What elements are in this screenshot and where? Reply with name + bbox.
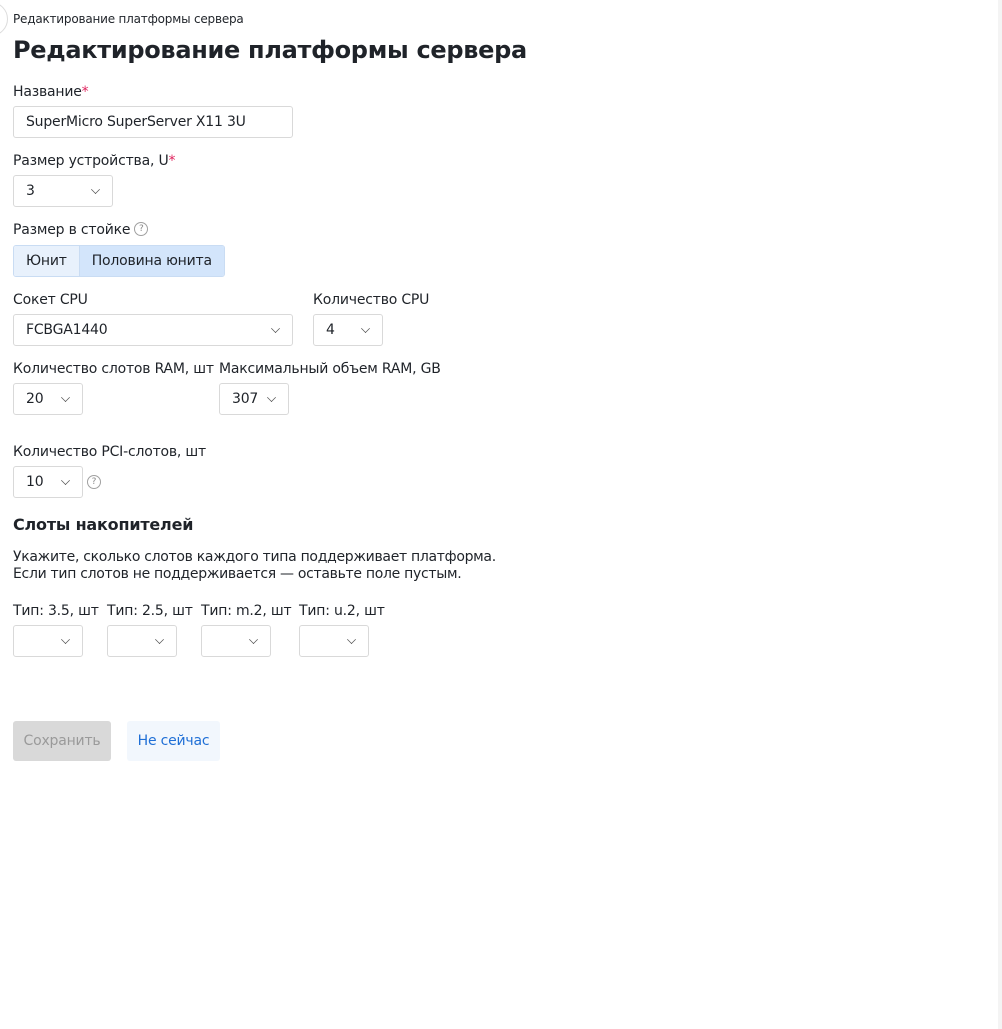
help-icon[interactable]: ? — [87, 475, 101, 489]
storage-section-title: Слоты накопителей — [13, 515, 193, 534]
chevron-down-icon — [91, 185, 100, 194]
name-label-text: Название — [13, 84, 82, 100]
ram-slots-select[interactable]: 20 — [13, 383, 83, 415]
rack-size-segmented-control: Юнит Половина юнита — [13, 245, 225, 277]
cpu-socket-label: Сокет CPU — [13, 292, 88, 308]
cpu-count-label: Количество CPU — [313, 292, 429, 308]
required-marker: * — [82, 84, 89, 100]
pci-slots-value: 10 — [26, 474, 61, 490]
chevron-down-icon — [155, 635, 164, 644]
rack-size-label: Размер в стойке? — [13, 222, 148, 238]
chevron-down-icon — [347, 635, 356, 644]
device-size-label: Размер устройства, U* — [13, 153, 175, 169]
ram-max-value: 307 — [232, 391, 267, 407]
page: Редактирование платформы сервера Редакти… — [0, 0, 1002, 1029]
rack-size-label-text: Размер в стойке — [13, 222, 130, 238]
chevron-down-icon — [61, 476, 70, 485]
storage-type-u2-select[interactable] — [299, 625, 369, 657]
storage-type-m2-label: Тип: m.2, шт — [201, 603, 291, 619]
segment-half-unit[interactable]: Половина юнита — [80, 246, 224, 276]
storage-type-35-select[interactable] — [13, 625, 83, 657]
cancel-button[interactable]: Не сейчас — [127, 721, 220, 761]
ram-slots-label: Количество слотов RAM, шт — [13, 361, 214, 377]
name-input[interactable]: SuperMicro SuperServer X11 3U — [13, 106, 293, 138]
ram-max-select[interactable]: 307 — [219, 383, 289, 415]
storage-type-u2-label: Тип: u.2, шт — [299, 603, 385, 619]
storage-hint-line-1: Укажите, сколько слотов каждого типа под… — [13, 549, 496, 566]
pci-slots-select[interactable]: 10 — [13, 466, 83, 498]
device-size-label-text: Размер устройства, U — [13, 153, 169, 169]
chevron-down-icon — [271, 324, 280, 333]
required-marker: * — [169, 153, 176, 169]
cpu-count-value: 4 — [326, 322, 361, 338]
ram-max-label: Максимальный объем RAM, GB — [219, 361, 441, 377]
cpu-count-select[interactable]: 4 — [313, 314, 383, 346]
storage-type-35-label: Тип: 3.5, шт — [13, 603, 99, 619]
storage-hint-line-2: Если тип слотов не поддерживается — оста… — [13, 566, 496, 583]
chevron-down-icon — [249, 635, 258, 644]
scrollbar[interactable] — [998, 0, 1002, 1029]
cpu-socket-value: FCBGA1440 — [26, 322, 271, 338]
page-title: Редактирование платформы сервера — [13, 36, 527, 64]
chevron-down-icon — [267, 393, 276, 402]
storage-type-m2-select[interactable] — [201, 625, 271, 657]
breadcrumb: Редактирование платформы сервера — [13, 12, 244, 26]
device-size-value: 3 — [26, 183, 91, 199]
device-size-select[interactable]: 3 — [13, 175, 113, 207]
name-label: Название* — [13, 84, 88, 100]
help-icon[interactable]: ? — [134, 222, 148, 236]
cpu-socket-select[interactable]: FCBGA1440 — [13, 314, 293, 346]
pci-slots-label: Количество PCI-слотов, шт — [13, 444, 206, 460]
save-button[interactable]: Сохранить — [13, 721, 111, 761]
chevron-down-icon — [61, 635, 70, 644]
name-input-value: SuperMicro SuperServer X11 3U — [26, 114, 246, 130]
storage-type-25-select[interactable] — [107, 625, 177, 657]
storage-hint: Укажите, сколько слотов каждого типа под… — [13, 549, 496, 583]
chevron-down-icon — [61, 393, 70, 402]
back-button[interactable] — [0, 2, 8, 36]
ram-slots-value: 20 — [26, 391, 61, 407]
chevron-down-icon — [361, 324, 370, 333]
storage-type-25-label: Тип: 2.5, шт — [107, 603, 193, 619]
segment-unit[interactable]: Юнит — [14, 246, 80, 276]
